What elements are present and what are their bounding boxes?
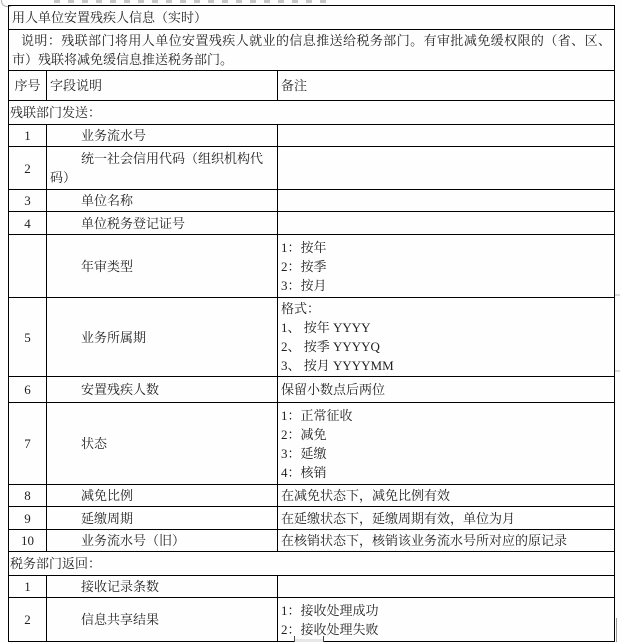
field-cell: 减免比例 <box>47 485 278 507</box>
table-row: 2 信息共享结果 1：接收处理成功 2：接收处理失败 <box>9 598 615 642</box>
field-cell: 年审类型 <box>47 235 278 298</box>
seq-cell: 9 <box>9 507 47 530</box>
column-header-seq: 序号 <box>9 71 47 101</box>
column-header-field: 字段说明 <box>47 71 278 101</box>
section-row-canlian-send: 残联部门发送： <box>9 101 615 125</box>
document-page: 用人单位安置残疾人信息（实时） 说明：残联部门将用人单位安置残疾人就业的信息推送… <box>0 0 622 642</box>
description-text: 说明：残联部门将用人单位安置残疾人就业的信息推送给税务部门。有审批减免缓权限的（… <box>9 30 615 71</box>
remark-cell: 在核销状态下，核销该业务流水号所对应的原记录 <box>278 530 615 552</box>
table-row: 7 状态 1：正常征收 2：减免 3：延缴 4：核销 <box>9 403 615 485</box>
field-cell: 接收记录条数 <box>47 576 278 598</box>
title-row: 用人单位安置残疾人信息（实时） <box>9 6 615 30</box>
table-row: 1 业务流水号 <box>9 125 615 147</box>
column-header-remark: 备注 <box>278 71 615 101</box>
table-row: 1 接收记录条数 <box>9 576 615 598</box>
field-cell: 单位税务登记证号 <box>47 212 278 235</box>
remark-cell: 1：正常征收 2：减免 3：延缴 4：核销 <box>278 403 615 485</box>
section-row-tax-return: 税务部门返回： <box>9 552 615 576</box>
margin-tick-mark <box>615 294 620 296</box>
page-title: 用人单位安置残疾人信息（实时） <box>9 6 615 30</box>
remark-cell <box>278 212 615 235</box>
seq-cell: 7 <box>9 403 47 485</box>
table-row: 8 减免比例 在减免状态下，减免比例有效 <box>9 485 615 507</box>
remark-cell <box>278 147 615 190</box>
field-cell: 业务所属期 <box>47 298 278 377</box>
clipped-right-edge-line <box>616 618 617 642</box>
remark-cell: 在延缴状态下，延缴周期有效，单位为月 <box>278 507 615 530</box>
seq-cell: 2 <box>9 598 47 642</box>
seq-cell: 2 <box>9 147 47 190</box>
field-cell: 单位名称 <box>47 190 278 212</box>
section-label: 税务部门返回： <box>9 552 615 576</box>
seq-cell: 6 <box>9 377 47 403</box>
field-cell: 延缴周期 <box>47 507 278 530</box>
table-row: 3 单位名称 <box>9 190 615 212</box>
seq-cell: 3 <box>9 190 47 212</box>
remark-cell <box>278 190 615 212</box>
field-cell: 统一社会信用代码（组织机构代码） <box>47 147 278 190</box>
seq-cell <box>9 235 47 298</box>
remark-cell: 1：按年 2：按季 3：按月 <box>278 235 615 298</box>
field-cell: 业务流水号 <box>47 125 278 147</box>
field-spec-table: 用人单位安置残疾人信息（实时） 说明：残联部门将用人单位安置残疾人就业的信息推送… <box>8 5 615 642</box>
remark-cell: 保留小数点后两位 <box>278 377 615 403</box>
table-row: 5 业务所属期 格式： 1、 按年 YYYY 2、 按季 YYYYQ 3、 按月… <box>9 298 615 377</box>
table-row: 4 单位税务登记证号 <box>9 212 615 235</box>
field-cell: 信息共享结果 <box>47 598 278 642</box>
description-row: 说明：残联部门将用人单位安置残疾人就业的信息推送给税务部门。有审批减免缓权限的（… <box>9 30 615 71</box>
seq-cell: 4 <box>9 212 47 235</box>
seq-cell: 5 <box>9 298 47 377</box>
field-cell: 状态 <box>47 403 278 485</box>
field-cell: 安置残疾人数 <box>47 377 278 403</box>
remark-cell: 格式： 1、 按年 YYYY 2、 按季 YYYYQ 3、 按月 YYYYMM <box>278 298 615 377</box>
field-cell: 业务流水号（旧） <box>47 530 278 552</box>
table-row: 9 延缴周期 在延缴状态下，延缴周期有效，单位为月 <box>9 507 615 530</box>
clipped-next-table-border <box>323 636 324 642</box>
remark-cell <box>278 576 615 598</box>
clipped-previous-line <box>54 0 332 3</box>
section-label: 残联部门发送： <box>9 101 615 125</box>
clipped-next-table-border <box>294 636 295 642</box>
seq-cell: 1 <box>9 576 47 598</box>
column-header-row: 序号 字段说明 备注 <box>9 71 615 101</box>
seq-cell: 10 <box>9 530 47 552</box>
remark-cell <box>278 125 615 147</box>
margin-tick-mark <box>615 370 620 372</box>
table-row: 年审类型 1：按年 2：按季 3：按月 <box>9 235 615 298</box>
table-row: 6 安置残疾人数 保留小数点后两位 <box>9 377 615 403</box>
table-row: 10 业务流水号（旧） 在核销状态下，核销该业务流水号所对应的原记录 <box>9 530 615 552</box>
remark-cell: 1：接收处理成功 2：接收处理失败 <box>278 598 615 642</box>
seq-cell: 1 <box>9 125 47 147</box>
table-row: 2 统一社会信用代码（组织机构代码） <box>9 147 615 190</box>
seq-cell: 8 <box>9 485 47 507</box>
remark-cell: 在减免状态下，减免比例有效 <box>278 485 615 507</box>
